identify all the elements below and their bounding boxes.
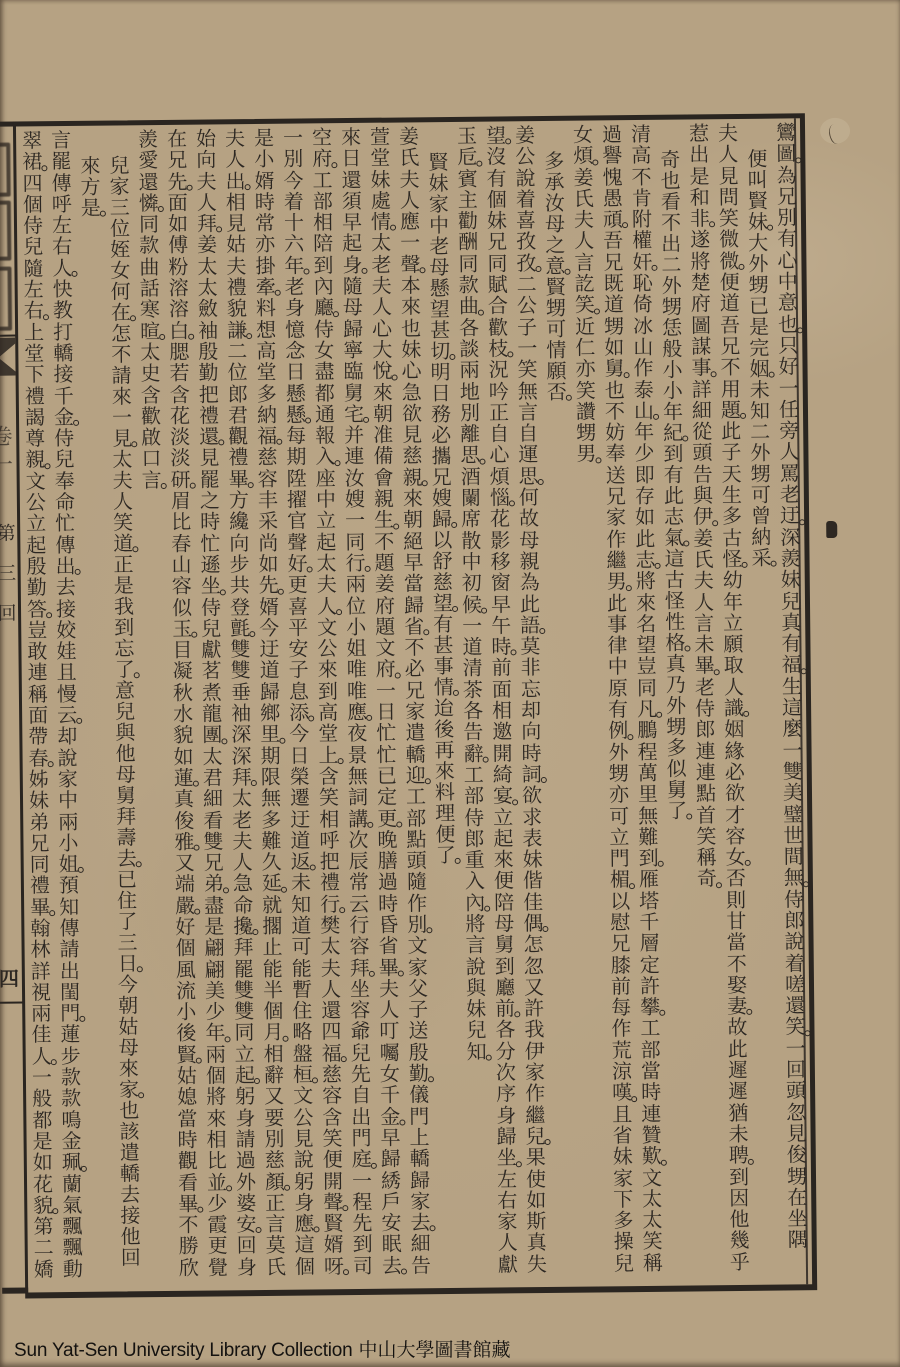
glyph: 兄	[609, 933, 631, 955]
glyph: 金	[379, 1106, 401, 1128]
glyph: 前	[610, 976, 632, 998]
glyph: 立	[722, 613, 744, 635]
glyph: 初	[461, 573, 483, 595]
glyph: 萬	[637, 763, 659, 785]
glyph: 采	[257, 511, 279, 533]
glyph: 同	[233, 1023, 255, 1045]
glyph: 文	[374, 638, 396, 660]
glyph: 道	[603, 295, 625, 317]
glyph: 左	[51, 215, 73, 237]
glyph: 到	[317, 681, 339, 703]
glyph: 來	[317, 660, 339, 682]
glyph: 悅	[371, 361, 393, 383]
glyph: 部	[640, 1040, 662, 1062]
glyph: 慈	[321, 1064, 343, 1086]
glyph: 夫	[224, 128, 246, 150]
glyph: 兄	[486, 232, 508, 254]
glyph: 次	[495, 1062, 517, 1084]
glyph: 妹	[465, 999, 487, 1021]
glyph: 袖	[230, 703, 252, 725]
glyph: 斯	[525, 1211, 547, 1233]
glyph: 掛	[254, 256, 276, 278]
glyph: 榮	[289, 766, 311, 788]
glyph: 庭	[351, 1149, 373, 1171]
glyph: 堂	[23, 343, 45, 365]
glyph: 定	[376, 787, 398, 809]
glyph: 知	[58, 897, 80, 919]
glyph: 便	[493, 871, 515, 893]
glyph: 前	[491, 658, 513, 680]
glyph: 般	[31, 1089, 53, 1111]
glyph: 早	[379, 1127, 401, 1149]
glyph: 甘	[725, 911, 747, 933]
glyph: 散	[460, 530, 482, 552]
glyph: 心	[488, 445, 510, 467]
glyph: 本	[400, 275, 422, 297]
glyph: 唯	[346, 659, 368, 681]
glyph: 個	[22, 194, 44, 216]
glyph: 清	[462, 658, 484, 680]
glyph: 泰	[633, 379, 655, 401]
glyph: 家	[57, 769, 79, 791]
glyph: 沒	[485, 147, 507, 169]
glyph: 子	[516, 317, 538, 339]
glyph: 歸	[403, 595, 425, 617]
glyph: 真	[780, 612, 802, 634]
glyph: 時	[490, 636, 512, 658]
glyph: 太	[197, 277, 219, 299]
glyph: 吟	[488, 381, 510, 403]
text-column: 便叫賢妹大外甥已是完姻未知二外甥可曾納采	[746, 149, 772, 569]
glyph: 姜	[572, 167, 594, 189]
glyph: 團	[201, 725, 223, 747]
glyph: 一	[351, 1170, 373, 1192]
glyph: 准	[372, 425, 394, 447]
glyph: 人	[723, 677, 745, 699]
glyph: 吾	[719, 315, 741, 337]
glyph: 躬	[293, 1171, 315, 1193]
glyph: 婆	[235, 1193, 257, 1215]
glyph: 一	[781, 740, 803, 762]
glyph: 氏	[265, 1256, 287, 1278]
glyph: 繼	[524, 1105, 546, 1127]
glyph: 笑	[516, 359, 538, 381]
glyph: 姜	[374, 574, 396, 596]
glyph: 貌	[32, 1195, 54, 1217]
fishtail-mark-icon	[0, 338, 17, 378]
glyph: 拜	[231, 767, 253, 789]
glyph: 雙	[229, 639, 251, 661]
glyph: 來	[340, 127, 362, 149]
glyph: 忙	[54, 513, 76, 535]
glyph: 仁	[574, 337, 596, 359]
glyph: 是	[31, 1131, 53, 1153]
glyph: 傳	[50, 173, 72, 195]
glyph: 奉	[54, 471, 76, 493]
glyph: 命	[54, 492, 76, 514]
glyph: 人	[399, 190, 421, 212]
glyph: 暄	[139, 321, 161, 343]
glyph: 玉	[171, 619, 193, 641]
glyph: 膳	[377, 851, 399, 873]
glyph: 容	[171, 576, 193, 598]
glyph: 躬	[234, 1086, 256, 1108]
glyph: 遲	[727, 1060, 749, 1082]
glyph: 妹	[28, 790, 50, 812]
glyph: 聲	[286, 532, 308, 554]
glyph: 人	[31, 1046, 53, 1068]
glyph: 未	[290, 873, 312, 895]
cut-title-glyph	[0, 143, 11, 197]
glyph: 里	[637, 784, 659, 806]
glyph: 兒	[465, 1020, 487, 1042]
glyph: 含	[140, 385, 162, 407]
glyph: 面	[27, 705, 49, 727]
glyph: 裙	[21, 152, 43, 174]
glyph: 說	[293, 1150, 315, 1172]
glyph: 操	[613, 1232, 635, 1254]
glyph: 同	[29, 854, 51, 876]
glyph: 奉	[604, 444, 626, 466]
glyph: 志	[634, 550, 656, 572]
glyph: 此	[606, 593, 628, 615]
glyph: 見	[717, 166, 739, 188]
glyph: 翩	[203, 938, 225, 960]
glyph: 故	[726, 1017, 748, 1039]
glyph: 內	[464, 892, 486, 914]
glyph: 宴	[492, 786, 514, 808]
glyph: 候	[461, 594, 483, 616]
glyph: 各	[462, 701, 484, 723]
glyph: 願	[722, 634, 744, 656]
glyph: 親	[402, 467, 424, 489]
glyph: 以	[609, 891, 631, 913]
glyph: 雅	[173, 831, 195, 853]
glyph: 溶	[168, 278, 190, 300]
glyph: 茗	[201, 661, 223, 683]
glyph: 歡	[140, 406, 162, 428]
glyph: 未	[727, 1124, 749, 1146]
glyph: 頑	[602, 209, 624, 231]
glyph: 略	[291, 1022, 313, 1044]
glyph: 山	[170, 555, 192, 577]
glyph: 丰	[257, 490, 279, 512]
glyph: 好	[286, 553, 308, 575]
glyph: 一	[375, 680, 397, 702]
glyph: 起	[315, 532, 337, 554]
chapter-char: 第	[0, 523, 16, 563]
ink-blot	[826, 521, 837, 538]
glyph: 肯	[631, 188, 653, 210]
glyph: 是	[203, 916, 225, 938]
glyph: 人	[320, 979, 342, 1001]
glyph: 真	[173, 789, 195, 811]
glyph: 戶	[380, 1191, 402, 1213]
glyph: 四	[21, 173, 43, 195]
glyph: 親	[24, 450, 46, 472]
glyph: 廳	[313, 298, 335, 320]
glyph: 人	[378, 1000, 400, 1022]
glyph: 姑	[176, 1066, 198, 1088]
glyph: 道	[289, 830, 311, 852]
glyph: 人	[497, 1233, 519, 1255]
glyph: 一	[399, 233, 421, 255]
glyph: 人	[232, 852, 254, 874]
volume-label: 卷一	[0, 425, 11, 481]
glyph: 不	[604, 401, 626, 423]
glyph: 千	[379, 1085, 401, 1107]
glyph: 急	[401, 382, 423, 404]
glyph: 去	[409, 1212, 431, 1234]
glyph: 稱	[642, 1253, 664, 1275]
glyph: 又	[523, 977, 545, 999]
glyph: 各	[458, 317, 480, 339]
glyph: 觀	[177, 1151, 199, 1173]
glyph: 愚	[602, 188, 624, 210]
glyph: 絕	[402, 531, 424, 553]
glyph: 表	[521, 828, 543, 850]
glyph: 個	[262, 1001, 284, 1023]
glyph: 添	[288, 702, 310, 724]
glyph: 時	[377, 893, 399, 915]
glyph: 今	[288, 724, 310, 746]
glyph: 每	[610, 997, 632, 1019]
glyph: 擢	[286, 490, 308, 512]
glyph: 少	[204, 1002, 226, 1024]
glyph: 女	[313, 340, 335, 362]
glyph: 凝	[172, 661, 194, 683]
glyph: 兄	[404, 680, 426, 702]
chapter-char: 三	[0, 563, 16, 603]
glyph: 太	[641, 1189, 663, 1211]
chapter-char: 回	[0, 603, 17, 643]
glyph: 同	[138, 214, 160, 236]
glyph: 兩	[30, 1003, 52, 1025]
glyph: 登	[229, 597, 251, 619]
glyph: 兄	[203, 852, 225, 874]
glyph: 辭	[462, 743, 484, 765]
glyph: 君	[227, 405, 249, 427]
glyph: 權	[631, 230, 653, 252]
glyph: 嚴	[174, 895, 196, 917]
glyph: 來	[635, 592, 657, 614]
glyph: 運	[517, 445, 539, 467]
glyph: 此	[519, 594, 541, 616]
glyph: 莫	[265, 1235, 287, 1257]
glyph: 盤	[292, 1043, 314, 1065]
glyph: 識	[723, 698, 745, 720]
glyph: 見	[785, 1123, 807, 1145]
glyph: 袖	[197, 320, 219, 342]
glyph: 料	[255, 298, 277, 320]
glyph: 纔	[228, 511, 250, 533]
glyph: 容	[257, 469, 279, 491]
glyph: 時	[176, 1130, 198, 1152]
glyph: 多	[260, 809, 282, 831]
glyph: 府	[375, 659, 397, 681]
glyph: 非	[689, 208, 711, 230]
glyph: 上	[317, 745, 339, 767]
glyph: 取	[723, 655, 745, 677]
glyph: 子	[407, 999, 429, 1021]
glyph: 必	[724, 762, 746, 784]
glyph: 立	[492, 807, 514, 829]
glyph: 起	[341, 233, 363, 255]
glyph: 難	[637, 827, 659, 849]
glyph: 謁	[24, 407, 46, 429]
glyph: 目	[171, 640, 193, 662]
glyph: 拜	[349, 957, 371, 979]
glyph: 兄	[602, 252, 624, 274]
glyph: 稱	[696, 847, 718, 869]
glyph: 夫	[378, 978, 400, 1000]
glyph: 並	[206, 1172, 228, 1194]
glyph: 身	[293, 1192, 315, 1214]
glyph: 覺	[207, 1257, 229, 1279]
glyph: 夫	[371, 276, 393, 298]
glyph: 勝	[178, 1236, 200, 1258]
glyph: 楣	[609, 870, 631, 892]
glyph: 作	[524, 1083, 546, 1105]
glyph: 笑	[318, 787, 340, 809]
glyph: 當	[176, 1108, 198, 1130]
glyph: 存	[634, 486, 656, 508]
glyph: 自	[488, 424, 510, 446]
glyph: 附	[631, 209, 653, 231]
glyph: 有	[485, 168, 507, 190]
glyph: 連	[27, 663, 49, 685]
glyph: 粉	[167, 256, 189, 278]
watermark-chinese: 中山大學圖書館藏	[359, 1339, 511, 1361]
glyph: 話	[139, 278, 161, 300]
glyph: 此	[727, 1039, 749, 1061]
glyph: 即	[634, 465, 656, 487]
glyph: 轎	[52, 343, 74, 365]
glyph: 忙	[375, 723, 397, 745]
glyph: 上	[408, 1127, 430, 1149]
glyph: 子	[288, 660, 310, 682]
glyph: 酬	[457, 232, 479, 254]
glyph: 已	[376, 765, 398, 787]
glyph: 請	[58, 939, 80, 961]
glyph: 事	[690, 357, 712, 379]
glyph: 氏	[692, 549, 714, 571]
glyph: 朝	[372, 403, 394, 425]
glyph: 姐	[345, 638, 367, 660]
glyph: 立	[315, 511, 337, 533]
glyph: 婿	[323, 1235, 345, 1257]
glyph: 嫂	[344, 489, 366, 511]
glyph: 左	[23, 279, 45, 301]
glyph: 應	[293, 1214, 315, 1236]
glyph: 許	[639, 976, 661, 998]
glyph: 到	[352, 1234, 374, 1256]
glyph: 涼	[611, 1061, 633, 1083]
glyph: 郎	[463, 828, 485, 850]
glyph: 許	[523, 998, 545, 1020]
glyph: 早	[490, 594, 512, 616]
glyph: 原	[607, 678, 629, 700]
glyph: 部	[312, 191, 334, 213]
glyph: 要	[263, 1107, 285, 1129]
glyph: 過	[377, 872, 399, 894]
glyph: 備	[372, 446, 394, 468]
glyph: 山	[632, 337, 654, 359]
glyph: 笑	[718, 208, 740, 230]
glyph: 談	[458, 339, 480, 361]
glyph: 樊	[319, 915, 341, 937]
glyph: 不	[373, 531, 395, 553]
glyph: 外	[235, 1172, 257, 1194]
glyph: 迂	[289, 809, 311, 831]
glyph: 向	[520, 721, 542, 743]
glyph: 閨	[59, 982, 81, 1004]
glyph: 語	[519, 615, 541, 637]
glyph: 用	[720, 378, 742, 400]
glyph: 懸	[285, 404, 307, 426]
glyph: 求	[521, 807, 543, 829]
glyph: 念	[284, 340, 306, 362]
glyph: 卮	[456, 147, 478, 169]
glyph: 勤	[408, 1063, 430, 1085]
glyph: 伊	[524, 1041, 546, 1063]
glyph: 嘆	[611, 1082, 633, 1104]
glyph: 若	[168, 363, 190, 385]
glyph: 并	[343, 425, 365, 447]
glyph: 會	[373, 467, 395, 489]
glyph: 畢	[29, 897, 51, 919]
glyph: 汝	[344, 468, 366, 490]
glyph: 右	[496, 1190, 518, 1212]
glyph: 出	[688, 145, 710, 167]
glyph: 重	[464, 850, 486, 872]
glyph: 龍	[201, 703, 223, 725]
glyph: 欲	[401, 403, 423, 425]
glyph: 告	[462, 722, 484, 744]
glyph: 歸	[495, 1126, 517, 1148]
glyph: 年	[283, 255, 305, 277]
glyph: 息	[288, 681, 310, 703]
glyph: 一	[344, 510, 366, 532]
glyph: 高	[630, 145, 652, 167]
glyph: 賓	[456, 168, 478, 190]
glyph: 好	[174, 917, 196, 939]
glyph: 早	[341, 212, 363, 234]
glyph: 景	[346, 744, 368, 766]
glyph: 愧	[601, 167, 623, 189]
glyph: 作	[605, 529, 627, 551]
glyph: 不	[726, 953, 748, 975]
glyph: 二	[516, 274, 538, 296]
glyph: 蓮	[59, 1024, 81, 1046]
glyph: 隨	[406, 872, 428, 894]
glyph: 舅	[493, 935, 515, 957]
glyph: 納	[256, 405, 278, 427]
glyph: 當	[640, 1061, 662, 1083]
glyph: 日	[284, 362, 306, 384]
glyph: 連	[694, 741, 716, 763]
watermark-english: Sun Yat-Sen University Library Collectio…	[14, 1340, 353, 1361]
glyph: 懸	[285, 383, 307, 405]
glyph: 弟	[28, 812, 50, 834]
glyph: 省	[611, 1125, 633, 1147]
glyph: 莫	[519, 636, 541, 658]
glyph: 詞	[521, 764, 543, 786]
glyph: 使	[525, 1169, 547, 1191]
glyph: 府	[374, 595, 396, 617]
glyph: 侍	[313, 319, 335, 341]
glyph: 在	[166, 129, 188, 151]
